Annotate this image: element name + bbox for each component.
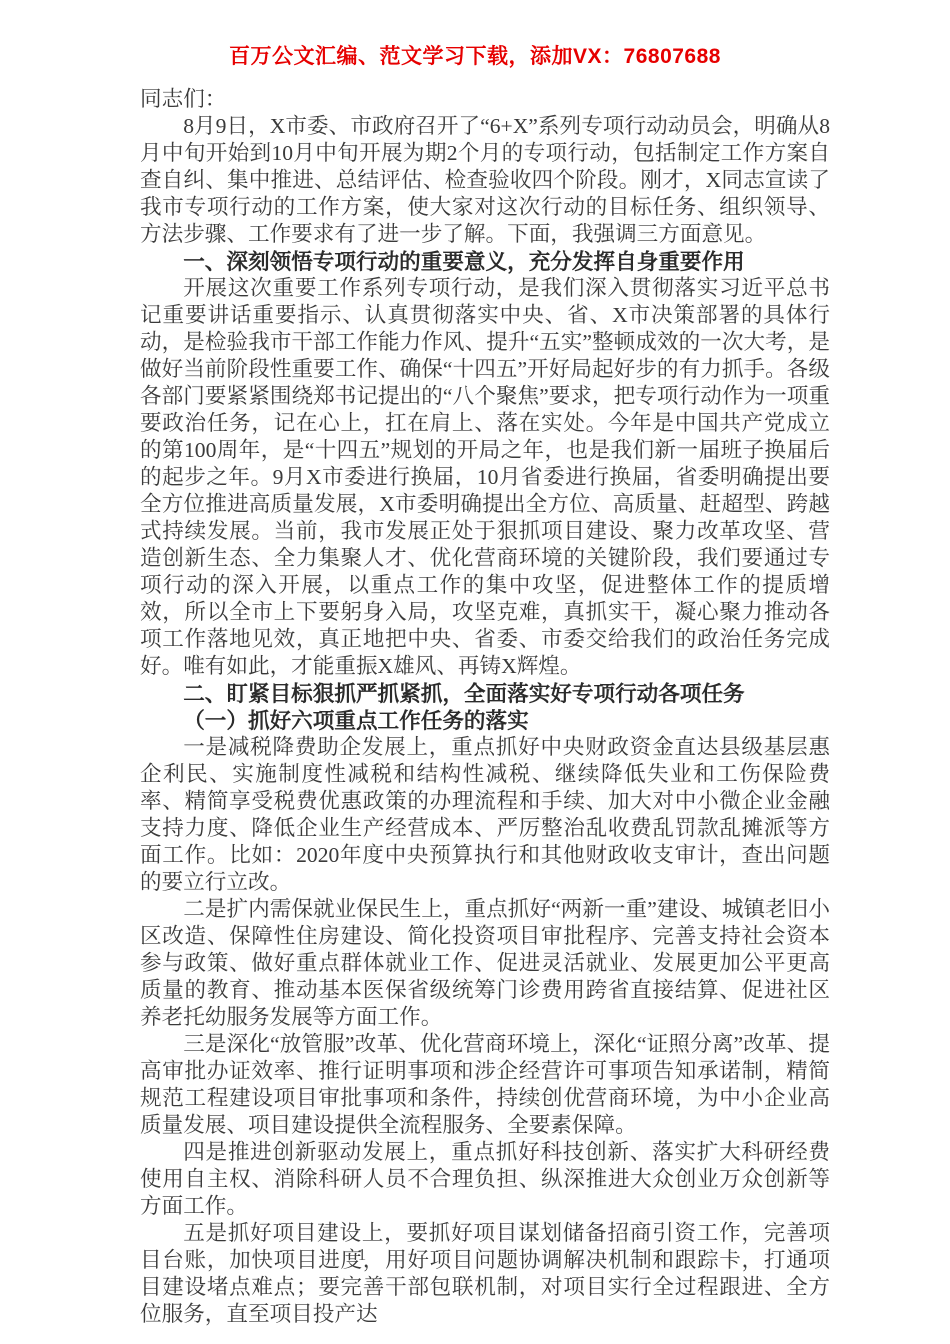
paragraph-item-2: 二是扩内需保就业保民生上，重点抓好“两新一重”建设、城镇老旧小区改造、保障性住房… xyxy=(140,896,830,1031)
paragraph-item-1: 一是减税降费助企发展上，重点抓好中央财政资金直达县级基层惠企利民、实施制度性减税… xyxy=(140,734,830,896)
promo-banner: 百万公文汇编、范文学习下载，添加VX：76807688 xyxy=(0,44,950,70)
section-heading-1: 一、深刻领悟专项行动的重要意义，充分发挥自身重要作用 xyxy=(140,248,830,275)
paragraph-item-3: 三是深化“放管服”改革、优化营商环境上，深化“证照分离”改革、提高审批办证效率、… xyxy=(140,1031,830,1139)
section-heading-2: 二、盯紧目标狠抓严抓紧抓，全面落实好专项行动各项任务 xyxy=(140,680,830,707)
page-number: 1 xyxy=(348,1244,376,1266)
paragraph-item-4: 四是推进创新驱动发展上，重点抓好科技创新、落实扩大科研经费使用自主权、消除科研人… xyxy=(140,1139,830,1220)
paragraph-item-5: 五是抓好项目建设上，要抓好项目谋划储备招商引资工作，完善项目台账，加快项目进度，… xyxy=(140,1220,830,1328)
salutation: 同志们： xyxy=(140,86,830,113)
document-body: 同志们： 8月9日，X市委、市政府召开了“6+X”系列专项行动动员会，明确从8月… xyxy=(140,86,830,1328)
section-heading-2-sub: （一）抓好六项重点工作任务的落实 xyxy=(140,707,830,734)
paragraph-intro: 8月9日，X市委、市政府召开了“6+X”系列专项行动动员会，明确从8月中旬开始到… xyxy=(140,113,830,248)
paragraph-section-1: 开展这次重要工作系列专项行动，是我们深入贯彻落实习近平总书记重要讲话重要指示、认… xyxy=(140,275,830,680)
document-page: 百万公文汇编、范文学习下载，添加VX：76807688 同志们： 8月9日，X市… xyxy=(0,0,950,1344)
